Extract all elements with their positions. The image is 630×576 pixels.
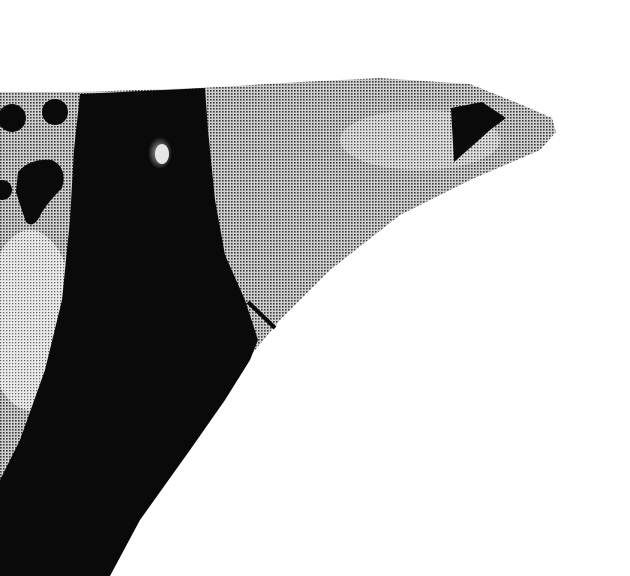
- figure-face-core: [155, 144, 169, 164]
- dark-spot: [42, 99, 68, 125]
- textile-fragment-image: [0, 0, 630, 576]
